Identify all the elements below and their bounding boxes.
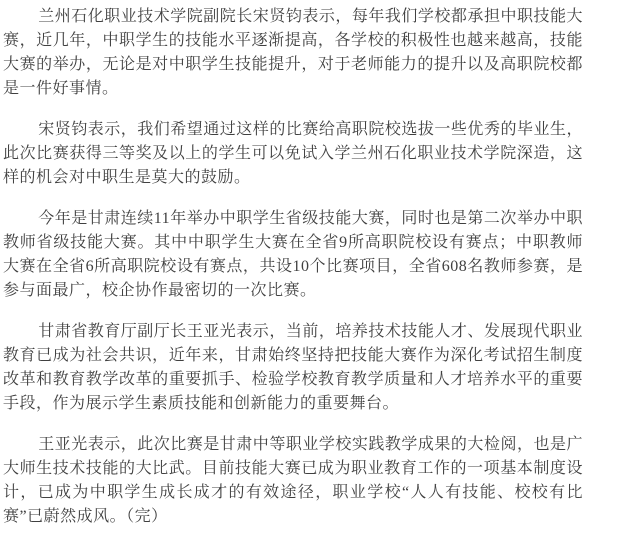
article-paragraph: 宋贤钧表示，我们希望通过这样的比赛给高职院校选拔一些优秀的毕业生，此次比赛获得三…: [3, 118, 583, 190]
article-paragraph: 王亚光表示，此次比赛是甘肃中等职业学校实践教学成果的大检阅，也是广大师生技术技能…: [3, 433, 583, 529]
article-paragraph: 甘肃省教育厅副厅长王亚光表示，当前，培养技术技能人才、发展现代职业教育已成为社会…: [3, 320, 583, 416]
article-paragraph: 今年是甘肃连续11年举办中职学生省级技能大赛，同时也是第二次举办中职教师省级技能…: [3, 207, 583, 303]
news-article: 兰州石化职业技术学院副院长宋贤钧表示，每年我们学校都承担中职技能大赛，近几年，中…: [0, 0, 619, 529]
article-paragraph: 兰州石化职业技术学院副院长宋贤钧表示，每年我们学校都承担中职技能大赛，近几年，中…: [3, 5, 583, 101]
